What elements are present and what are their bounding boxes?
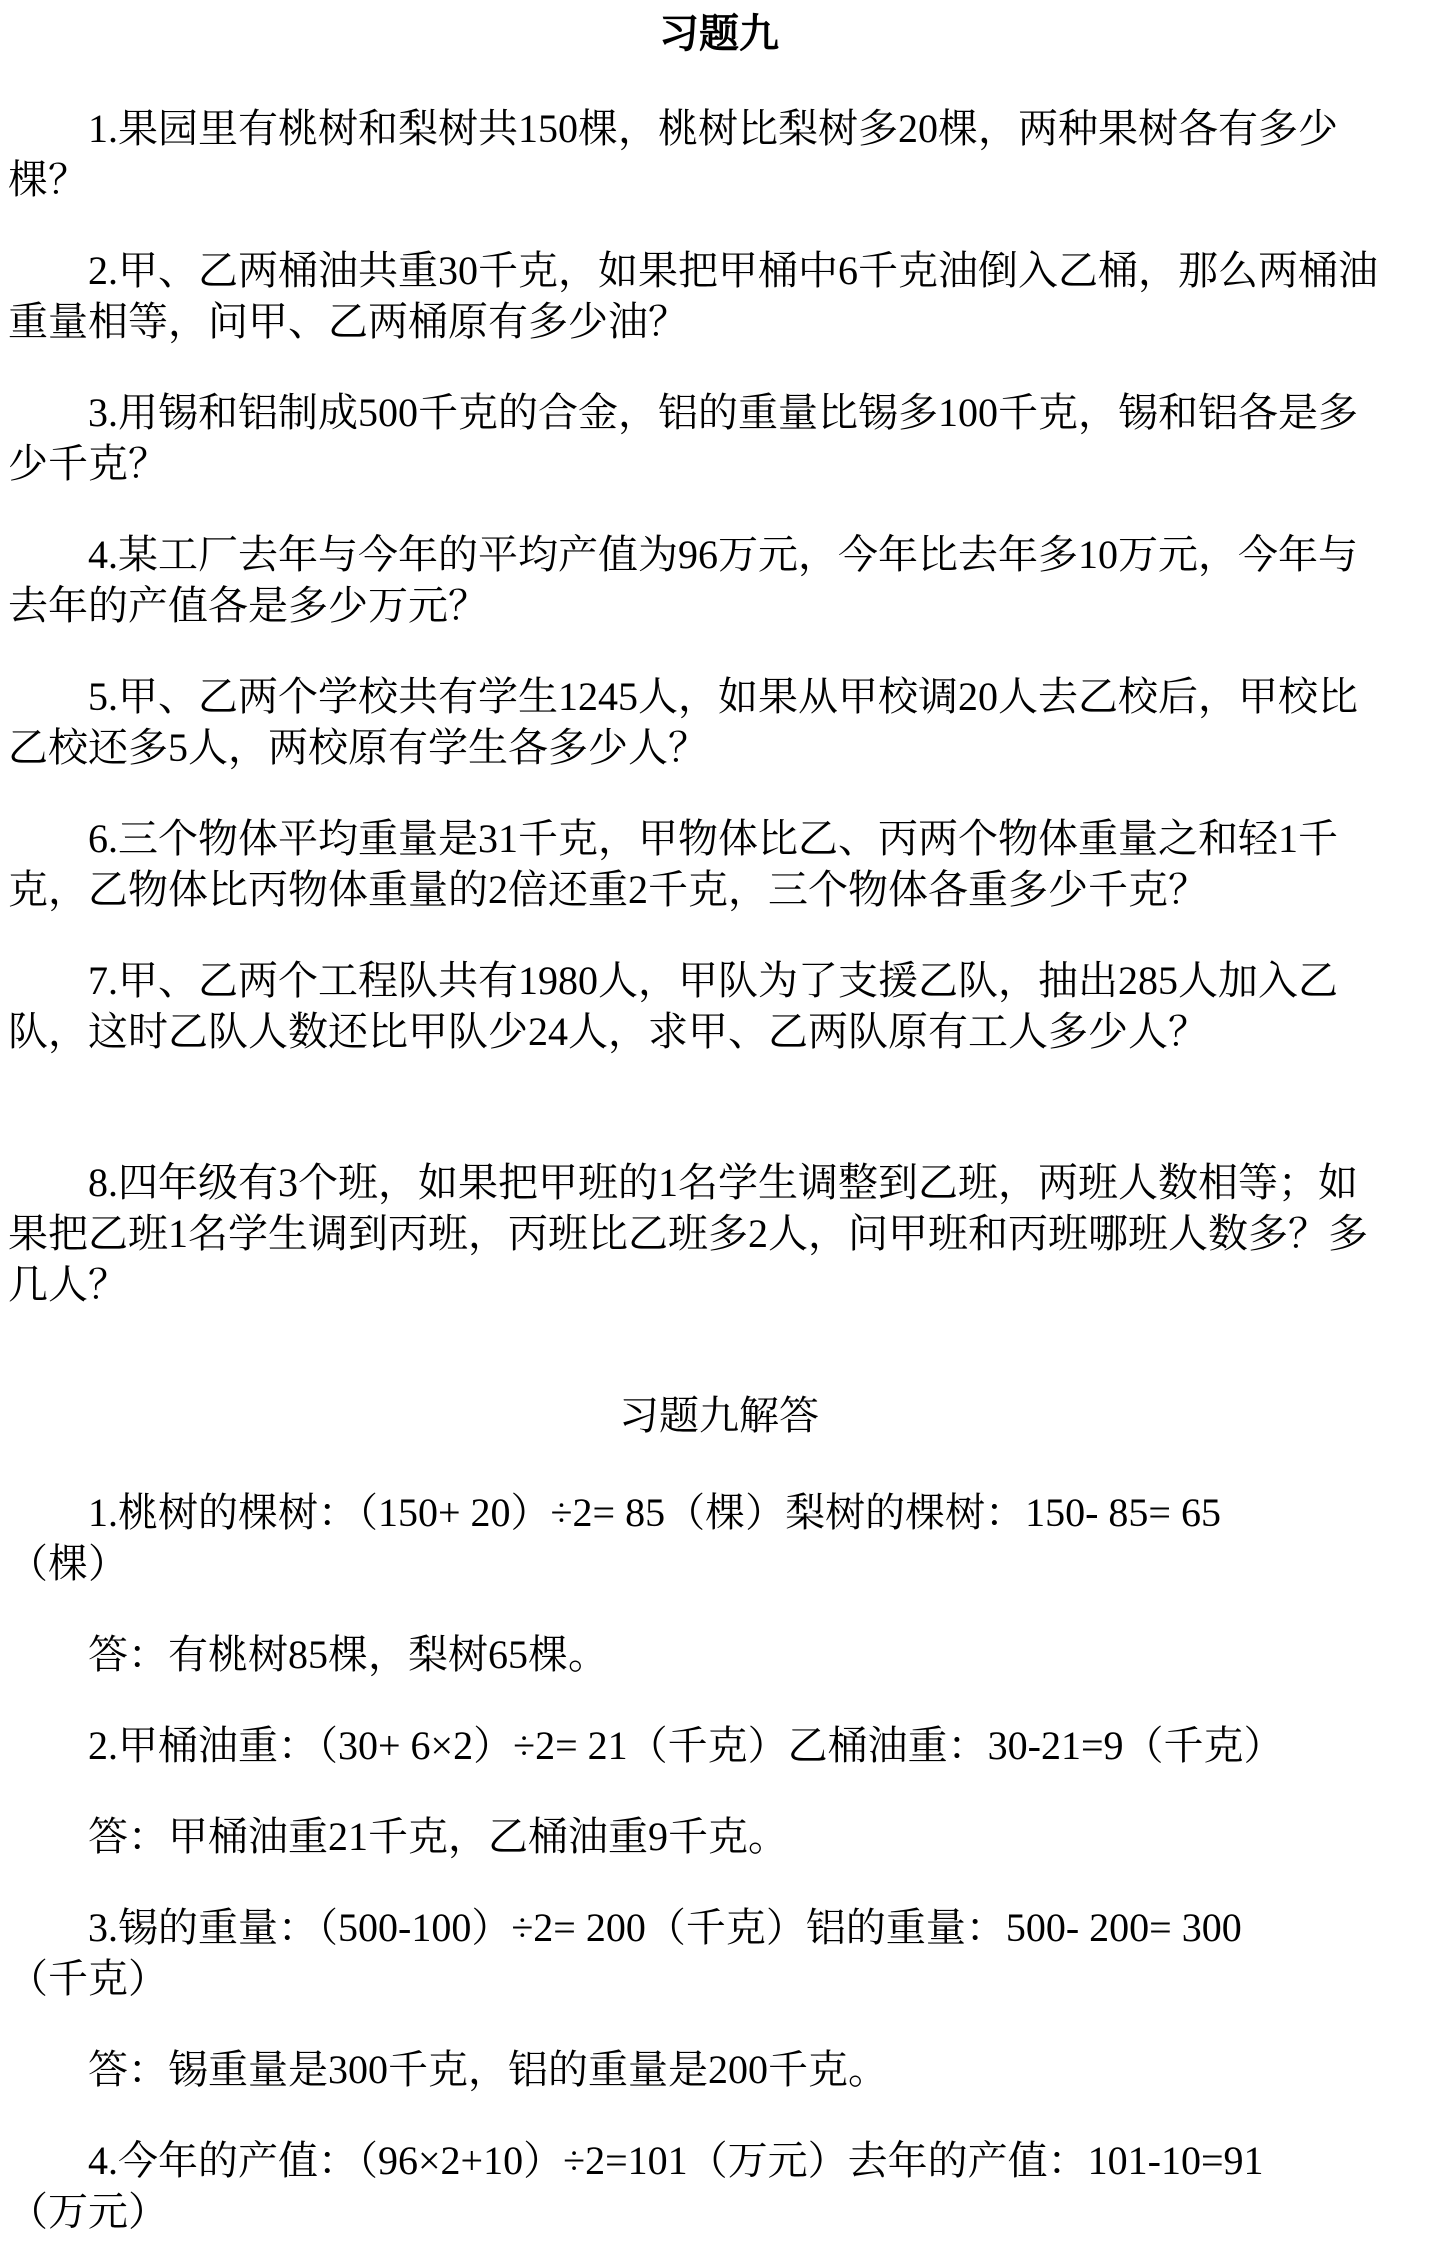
problem-4: 4.某工厂去年与今年的平均产值为96万元，今年比去年多10万元，今年与 去年的产…	[8, 529, 1430, 631]
page-title: 习题九	[8, 8, 1430, 60]
solution-3-work: 3.锡的重量：（500-100）÷2= 200（千克）铝的重量：500- 200…	[8, 1902, 1430, 2004]
problem-3: 3.用锡和铝制成500千克的合金，铝的重量比锡多100千克，锡和铝各是多 少千克…	[8, 387, 1430, 489]
solution-3-answer: 答：锡重量是300千克，铝的重量是200千克。	[8, 2044, 1430, 2095]
solution-list: 1.桃树的棵树：（150+ 20）÷2= 85（棵）梨树的棵树：150- 85=…	[8, 1487, 1430, 2237]
solution-1-work: 1.桃树的棵树：（150+ 20）÷2= 85（棵）梨树的棵树：150- 85=…	[8, 1487, 1430, 1589]
problem-list: 1.果园里有桃树和梨树共150棵，桃树比梨树多20棵，两种果树各有多少 棵？2.…	[8, 103, 1430, 1310]
problem-1: 1.果园里有桃树和梨树共150棵，桃树比梨树多20棵，两种果树各有多少 棵？	[8, 103, 1430, 205]
solution-1-answer: 答：有桃树85棵，梨树65棵。	[8, 1629, 1430, 1680]
problem-8: 8.四年级有3个班，如果把甲班的1名学生调整到乙班，两班人数相等；如 果把乙班1…	[8, 1157, 1430, 1310]
solution-2-answer: 答：甲桶油重21千克，乙桶油重9千克。	[8, 1811, 1430, 1862]
problem-2: 2.甲、乙两桶油共重30千克，如果把甲桶中6千克油倒入乙桶，那么两桶油 重量相等…	[8, 245, 1430, 347]
document-page: 习题九 1.果园里有桃树和梨树共150棵，桃树比梨树多20棵，两种果树各有多少 …	[0, 0, 1444, 2248]
solutions-title: 习题九解答	[8, 1390, 1430, 1441]
problem-5: 5.甲、乙两个学校共有学生1245人，如果从甲校调20人去乙校后，甲校比 乙校还…	[8, 671, 1430, 773]
solution-2-work: 2.甲桶油重：（30+ 6×2）÷2= 21（千克）乙桶油重：30-21=9（千…	[8, 1720, 1430, 1771]
problem-7: 7.甲、乙两个工程队共有1980人，甲队为了支援乙队，抽出285人加入乙 队，这…	[8, 955, 1430, 1057]
problem-6: 6.三个物体平均重量是31千克，甲物体比乙、丙两个物体重量之和轻1千 克，乙物体…	[8, 813, 1430, 915]
solution-4-work: 4.今年的产值：（96×2+10）÷2=101（万元）去年的产值：101-10=…	[8, 2135, 1430, 2237]
